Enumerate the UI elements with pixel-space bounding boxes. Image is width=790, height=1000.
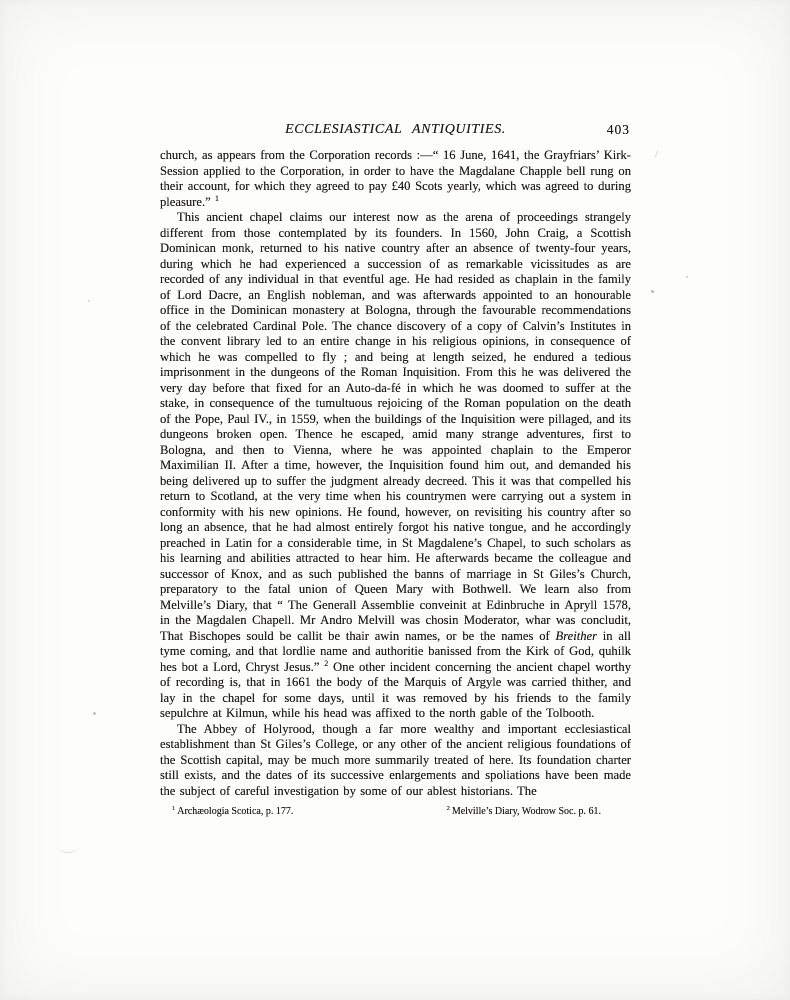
text-segment: Breither	[556, 629, 598, 643]
page-header: ECCLESIASTICAL ANTIQUITIES. 403	[160, 120, 631, 139]
footnotes-row: 1Archæologia Scotica, p. 177. 2Melville’…	[160, 806, 631, 817]
paragraph: The Abbey of Holyrood, though a far more…	[160, 722, 631, 800]
scan-speck	[654, 150, 658, 158]
footnote-2-text: Melville’s Diary, Wodrow Soc. p. 61.	[452, 806, 601, 817]
footnote-2-marker: 2	[447, 805, 450, 812]
book-page: ECCLESIASTICAL ANTIQUITIES. 403 church, …	[0, 0, 790, 1000]
text-segment: church, as appears from the Corporation …	[160, 148, 631, 209]
body-paragraphs: church, as appears from the Corporation …	[160, 148, 631, 799]
scan-speck	[686, 276, 688, 278]
text-segment: This ancient chapel claims our interest …	[160, 210, 631, 643]
footnote-1-text: Archæologia Scotica, p. 177.	[177, 806, 293, 817]
paragraph: This ancient chapel claims our interest …	[160, 210, 631, 722]
footnote-1-marker: 1	[172, 805, 175, 812]
running-title: ECCLESIASTICAL ANTIQUITIES.	[285, 122, 506, 137]
scan-speck	[93, 712, 96, 715]
text-block: ECCLESIASTICAL ANTIQUITIES. 403 church, …	[160, 120, 631, 817]
scan-scratch	[58, 840, 78, 853]
page-number: 403	[607, 122, 630, 138]
footnote-2: 2Melville’s Diary, Wodrow Soc. p. 61.	[447, 806, 601, 817]
text-segment: The Abbey of Holyrood, though a far more…	[160, 722, 631, 798]
scan-speck	[651, 290, 654, 293]
footnote-1: 1Archæologia Scotica, p. 177.	[172, 806, 293, 817]
paragraph: church, as appears from the Corporation …	[160, 148, 631, 210]
footnote-ref: 1	[215, 193, 219, 202]
scan-speck	[88, 300, 90, 302]
